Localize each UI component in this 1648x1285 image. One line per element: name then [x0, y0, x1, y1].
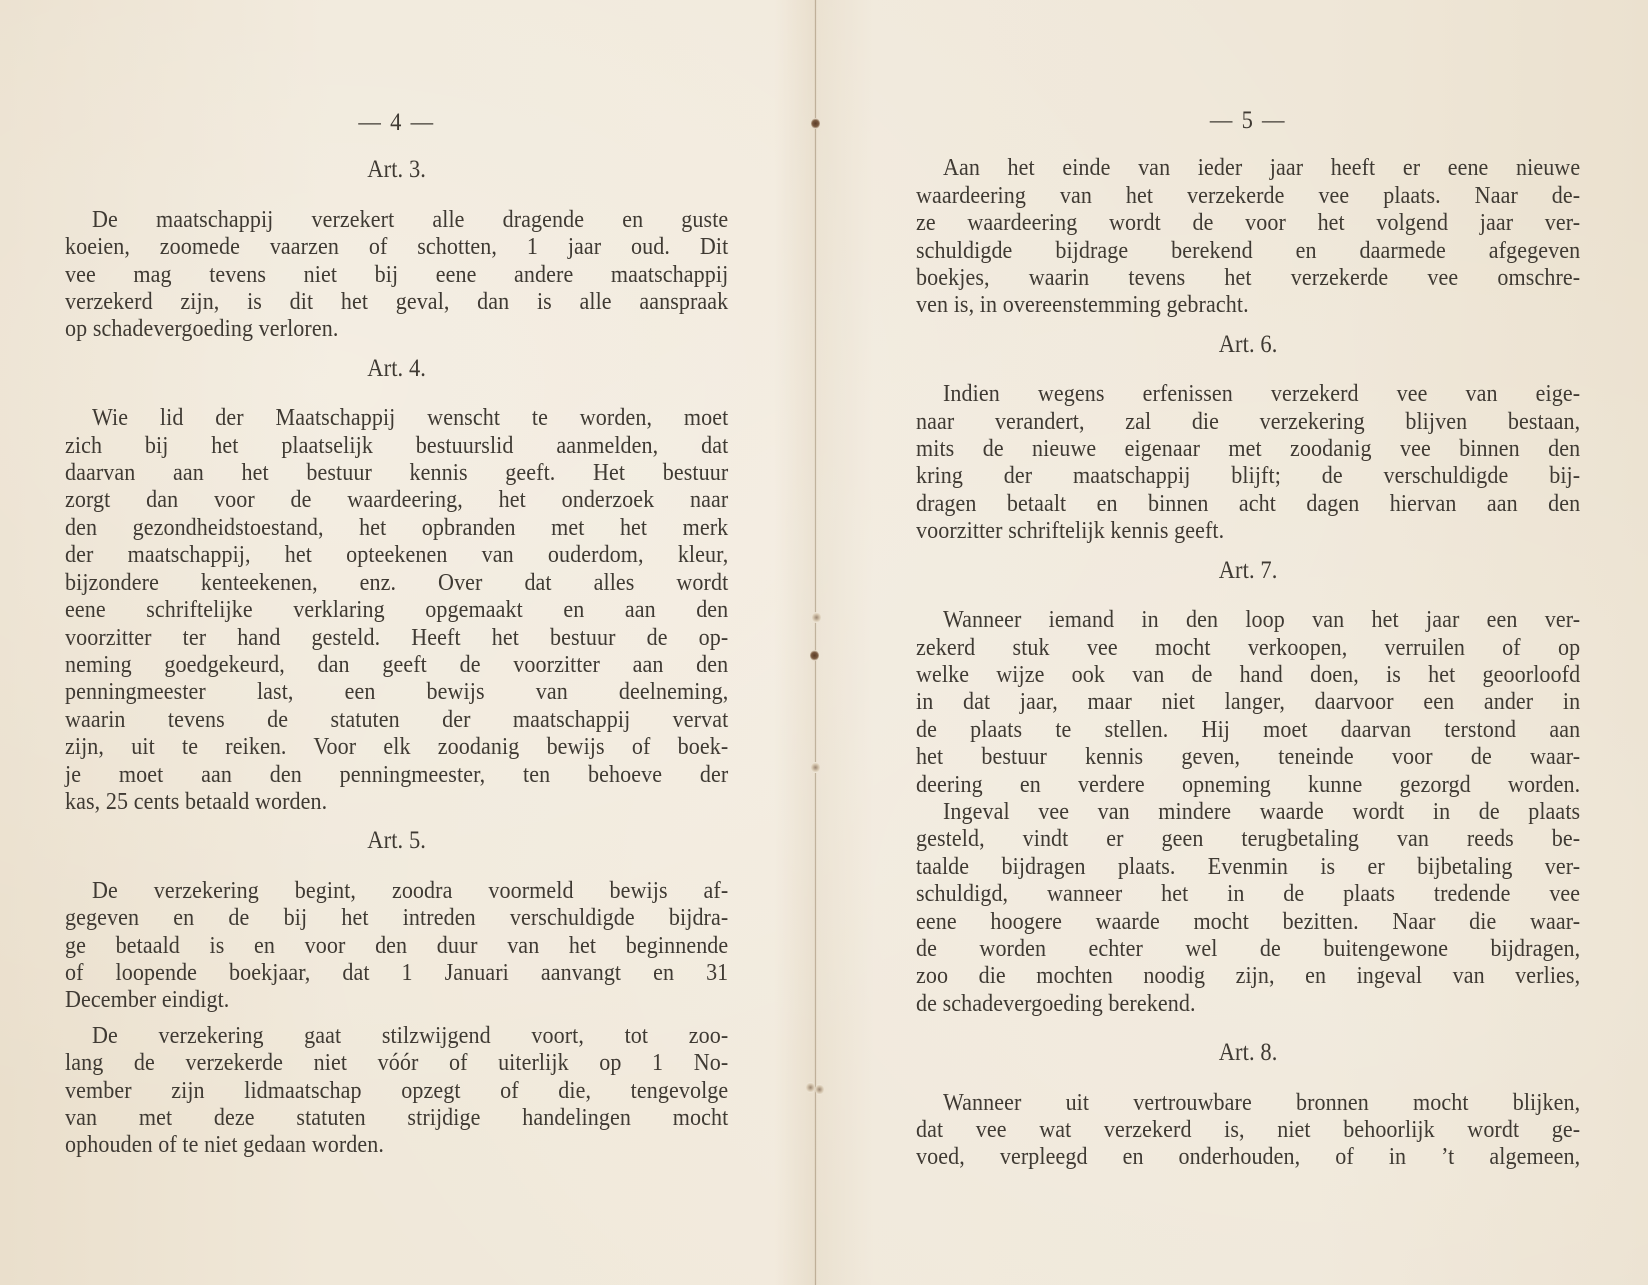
- text-line: den gezondheidstoestand, het opbranden m…: [65, 514, 728, 541]
- intro-paragraph: Aan het einde van ieder jaar heeft er ee…: [916, 154, 1580, 318]
- text-line: ge betaald is en voor den duur van het b…: [65, 932, 728, 959]
- text-line: de schadevergoeding berekend.: [916, 990, 1580, 1017]
- text-line: lang de verzekerde niet vóór of uiterlij…: [65, 1049, 728, 1076]
- page-number: — 4 —: [65, 109, 728, 136]
- text-line: gegeven en de bij het intreden verschuld…: [65, 904, 728, 931]
- text-line: daarvan aan het bestuur kennis geeft. He…: [65, 459, 728, 486]
- text-line: de worden echter wel de buitengewone bij…: [916, 935, 1580, 962]
- text-line: ze waardeering wordt de voor het volgend…: [916, 209, 1580, 236]
- article-5: Art. 5. De verzekering begint, zoodra vo…: [65, 827, 728, 1158]
- article-paragraph: De maatschappij verzekert alle dragende …: [65, 206, 728, 343]
- article-paragraph: De verzekering begint, zoodra voormeld b…: [65, 877, 728, 1014]
- article-paragraph: Wie lid der Maatschappij wenscht te word…: [65, 404, 728, 815]
- text-line: waardeering van het verzekerde vee plaat…: [916, 182, 1580, 209]
- text-line: neming goedgekeurd, dan geeft de voorzit…: [65, 651, 728, 678]
- left-page: — 4 — Art. 3. De maatschappij verzekert …: [0, 0, 815, 1285]
- article-heading: Art. 8.: [916, 1039, 1580, 1066]
- text-line: zekerd stuk vee mocht verkoopen, verruil…: [916, 634, 1580, 661]
- text-line: zijn, uit te reiken. Voor elk zoodanig b…: [65, 733, 728, 760]
- text-line: schuldigd, wanneer het in de plaats tred…: [916, 880, 1580, 907]
- text-line: dragen betaalt en binnen acht dagen hier…: [916, 490, 1580, 517]
- text-line: taalde bijdragen plaats. Evenmin is er b…: [916, 853, 1580, 880]
- article-heading: Art. 4.: [65, 355, 728, 382]
- text-line: December eindigt.: [65, 986, 728, 1013]
- text-line: zorgt dan voor de waardeering, het onder…: [65, 486, 728, 513]
- article-heading: Art. 6.: [916, 331, 1580, 358]
- text-line: waarin tevens de statuten der maatschapp…: [65, 706, 728, 733]
- text-line: Indien wegens erfenissen verzekerd vee v…: [916, 380, 1580, 407]
- article-paragraph: Wanneer iemand in den loop van het jaar …: [916, 606, 1580, 798]
- text-line: penningmeester last, een bewijs van deel…: [65, 678, 728, 705]
- text-line: van met deze statuten strijdige handelin…: [65, 1104, 728, 1131]
- text-line: gesteld, vindt er geen terugbetaling van…: [916, 825, 1580, 852]
- text-line: je moet aan den penningmeester, ten beho…: [65, 761, 728, 788]
- text-line: op schadevergoeding verloren.: [65, 315, 728, 342]
- text-line: vee mag tevens niet bij eene andere maat…: [65, 261, 728, 288]
- text-line: schuldigde bijdrage berekend en daarmede…: [916, 237, 1580, 264]
- text-line: De verzekering gaat stilzwijgend voort, …: [65, 1022, 728, 1049]
- article-paragraph: De verzekering gaat stilzwijgend voort, …: [65, 1022, 728, 1159]
- article-paragraph: Ingeval vee van mindere waarde wordt in …: [916, 798, 1580, 1017]
- text-line: kas, 25 cents betaald worden.: [65, 788, 728, 815]
- text-line: in dat jaar, maar niet langer, daarvoor …: [916, 688, 1580, 715]
- text-line: deering en verdere opneming kunne gezorg…: [916, 771, 1580, 798]
- text-line: het bestuur kennis geven, teneinde voor …: [916, 743, 1580, 770]
- text-line: mits de nieuwe eigenaar met zoodanig vee…: [916, 435, 1580, 462]
- text-line: voed, verpleegd en onderhouden, of in ’t…: [916, 1143, 1580, 1170]
- text-line: ophouden of te niet gedaan worden.: [65, 1131, 728, 1158]
- text-line: eene schriftelijke verklaring opgemaakt …: [65, 596, 728, 623]
- article-3: Art. 3. De maatschappij verzekert alle d…: [65, 156, 728, 342]
- article-7: Art. 7. Wanneer iemand in den loop van h…: [916, 557, 1580, 1018]
- text-line: De verzekering begint, zoodra voormeld b…: [65, 877, 728, 904]
- article-paragraph: Indien wegens erfenissen verzekerd vee v…: [916, 380, 1580, 544]
- text-line: De maatschappij verzekert alle dragende …: [65, 206, 728, 233]
- right-page: — 5 — Aan het einde van ieder jaar heeft…: [816, 0, 1648, 1285]
- text-line: de plaats te stellen. Hij moet daarvan t…: [916, 716, 1580, 743]
- book-spread: — 4 — Art. 3. De maatschappij verzekert …: [0, 0, 1648, 1285]
- text-line: zoo die mochten noodig zijn, en ingeval …: [916, 962, 1580, 989]
- text-line: Aan het einde van ieder jaar heeft er ee…: [916, 154, 1580, 181]
- right-page-text: — 5 — Aan het einde van ieder jaar heeft…: [916, 107, 1580, 1171]
- page-number: — 5 —: [916, 107, 1580, 134]
- text-line: vember zijn lidmaatschap opzegt of die, …: [65, 1077, 728, 1104]
- article-8: Art. 8. Wanneer uit vertrouwbare bronnen…: [916, 1039, 1580, 1171]
- text-line: voorzitter ter hand gesteld. Heeft het b…: [65, 624, 728, 651]
- text-line: Wanneer uit vertrouwbare bronnen mocht b…: [916, 1089, 1580, 1116]
- text-line: voorzitter schriftelijk kennis geeft.: [916, 517, 1580, 544]
- article-heading: Art. 5.: [65, 827, 728, 854]
- text-line: welke wijze ook van de hand doen, is het…: [916, 661, 1580, 688]
- text-line: zich bij het plaatselijk bestuurslid aan…: [65, 432, 728, 459]
- text-line: der maatschappij, het opteekenen van oud…: [65, 541, 728, 568]
- text-line: eene hoogere waarde mocht bezitten. Naar…: [916, 908, 1580, 935]
- text-line: boekjes, waarin tevens het verzekerde ve…: [916, 264, 1580, 291]
- text-line: naar verandert, zal die verzekering blij…: [916, 408, 1580, 435]
- left-page-text: — 4 — Art. 3. De maatschappij verzekert …: [65, 109, 728, 1159]
- text-line: kring der maatschappij blijft; de versch…: [916, 462, 1580, 489]
- text-line: Ingeval vee van mindere waarde wordt in …: [916, 798, 1580, 825]
- article-heading: Art. 7.: [916, 557, 1580, 584]
- text-line: bijzondere kenteekenen, enz. Over dat al…: [65, 569, 728, 596]
- text-line: ven is, in overeenstemming gebracht.: [916, 291, 1580, 318]
- text-line: verzekerd zijn, is dit het geval, dan is…: [65, 288, 728, 315]
- article-4: Art. 4. Wie lid der Maatschappij wenscht…: [65, 355, 728, 816]
- text-line: Wie lid der Maatschappij wenscht te word…: [65, 404, 728, 431]
- text-line: of loopende boekjaar, dat 1 Januari aanv…: [65, 959, 728, 986]
- article-paragraph: Wanneer uit vertrouwbare bronnen mocht b…: [916, 1089, 1580, 1171]
- article-heading: Art. 3.: [65, 156, 728, 183]
- text-line: koeien, zoomede vaarzen of schotten, 1 j…: [65, 233, 728, 260]
- text-line: dat vee wat verzekerd is, niet behoorlij…: [916, 1116, 1580, 1143]
- text-line: Wanneer iemand in den loop van het jaar …: [916, 606, 1580, 633]
- article-6: Art. 6. Indien wegens erfenissen verzeke…: [916, 331, 1580, 545]
